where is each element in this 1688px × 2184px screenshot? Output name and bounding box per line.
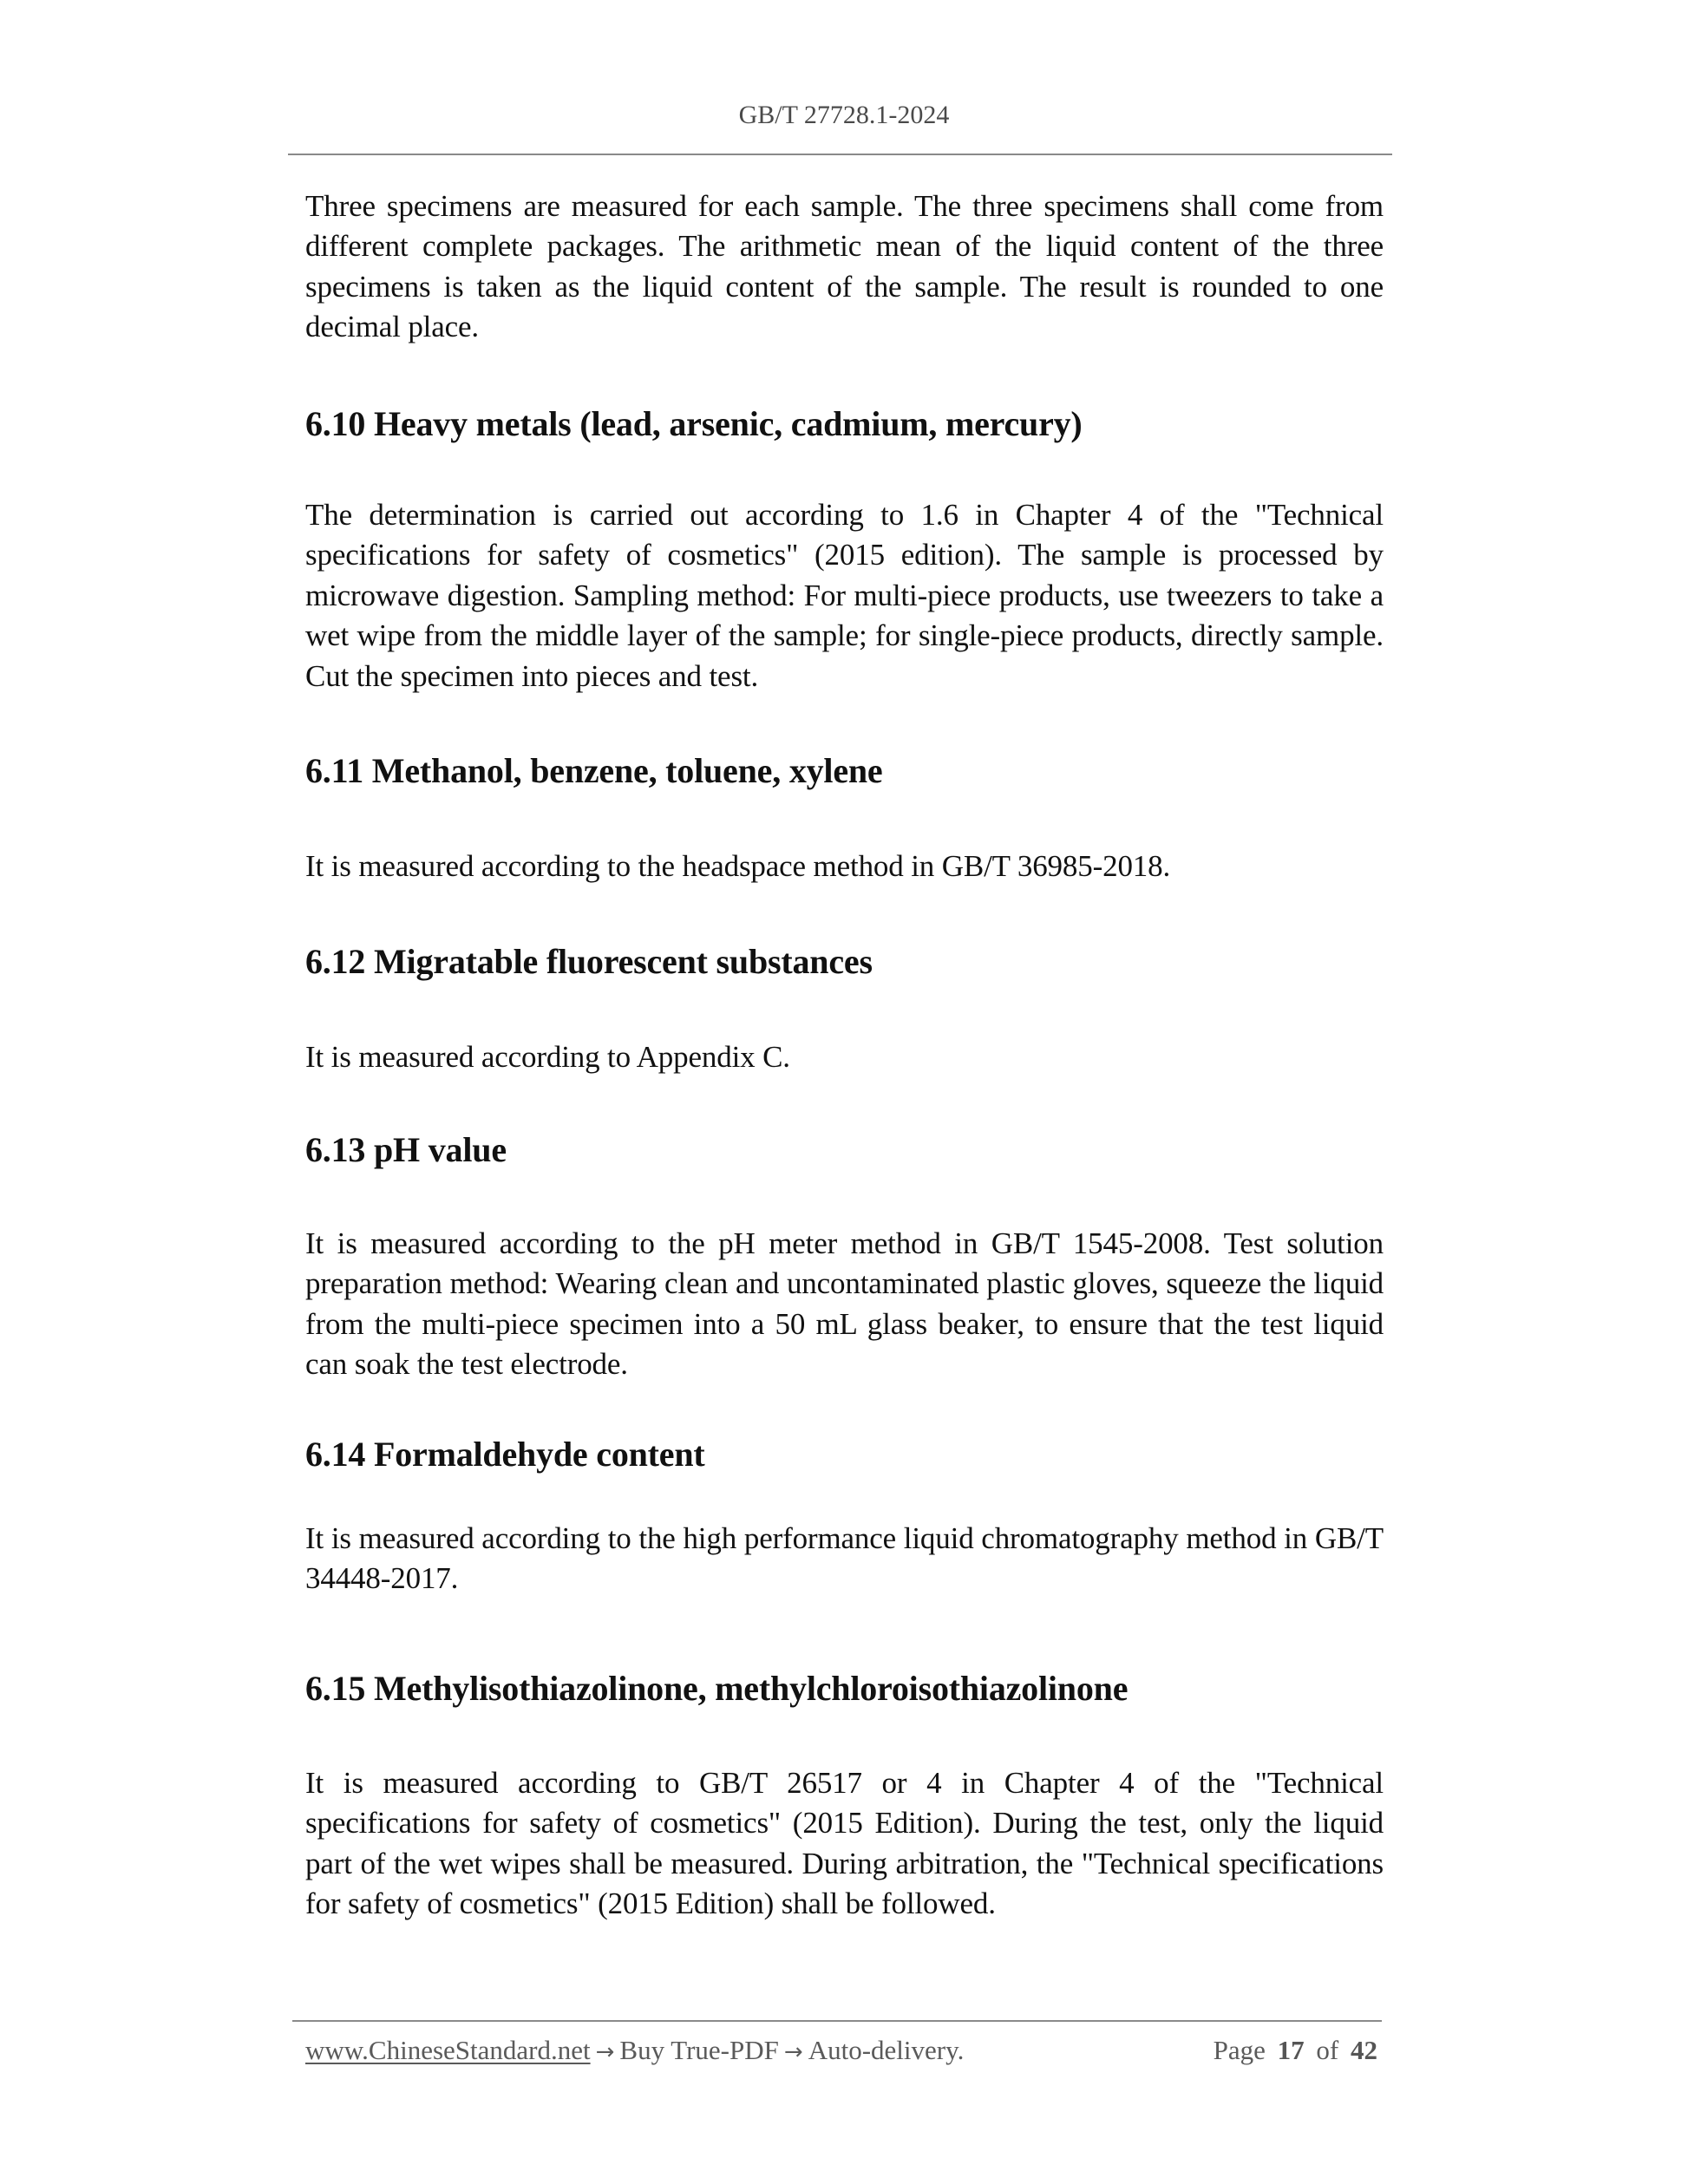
- arrow-right-icon: →: [784, 2035, 803, 2070]
- section-heading-6-12: 6.12 Migratable fluorescent substances: [305, 941, 1384, 983]
- section-heading-6-15: 6.15 Methylisothiazolinone, methylchloro…: [305, 1668, 1384, 1710]
- section-body-6-11: It is measured according to the headspac…: [305, 847, 1384, 886]
- page-of-label: of: [1316, 2035, 1338, 2065]
- footer-divider: [292, 2020, 1382, 2022]
- page-footer: www.ChineseStandard.net→Buy True-PDF→Aut…: [305, 2033, 1381, 2071]
- section-body-6-10: The determination is carried out accordi…: [305, 495, 1384, 696]
- section-heading-6-11: 6.11 Methanol, benzene, toluene, xylene: [305, 750, 1384, 792]
- page-total: 42: [1351, 2035, 1377, 2065]
- section-heading-6-14: 6.14 Formaldehyde content: [305, 1434, 1384, 1475]
- intro-paragraph: Three specimens are measured for each sa…: [305, 186, 1384, 348]
- header-divider: [288, 154, 1392, 155]
- page-number: Page 17 of 42: [1214, 2033, 1377, 2068]
- footer-step-buy: Buy True-PDF: [619, 2035, 779, 2065]
- footer-step-delivery: Auto-delivery.: [808, 2035, 965, 2065]
- arrow-right-icon: →: [596, 2035, 615, 2070]
- footer-promo: www.ChineseStandard.net→Buy True-PDF→Aut…: [305, 2033, 964, 2070]
- section-heading-6-13: 6.13 pH value: [305, 1129, 1384, 1171]
- section-heading-6-10: 6.10 Heavy metals (lead, arsenic, cadmiu…: [305, 403, 1384, 445]
- document-page: GB/T 27728.1-2024 Three specimens are me…: [0, 0, 1688, 2184]
- section-body-6-12: It is measured according to Appendix C.: [305, 1037, 1384, 1077]
- website-link[interactable]: www.ChineseStandard.net: [305, 2035, 591, 2065]
- running-header-title: GB/T 27728.1-2024: [0, 98, 1688, 133]
- page-current: 17: [1278, 2035, 1305, 2065]
- page-label: Page: [1214, 2035, 1266, 2065]
- section-body-6-14: It is measured according to the high per…: [305, 1519, 1384, 1599]
- section-body-6-13: It is measured according to the pH meter…: [305, 1224, 1384, 1385]
- section-body-6-15: It is measured according to GB/T 26517 o…: [305, 1763, 1384, 1925]
